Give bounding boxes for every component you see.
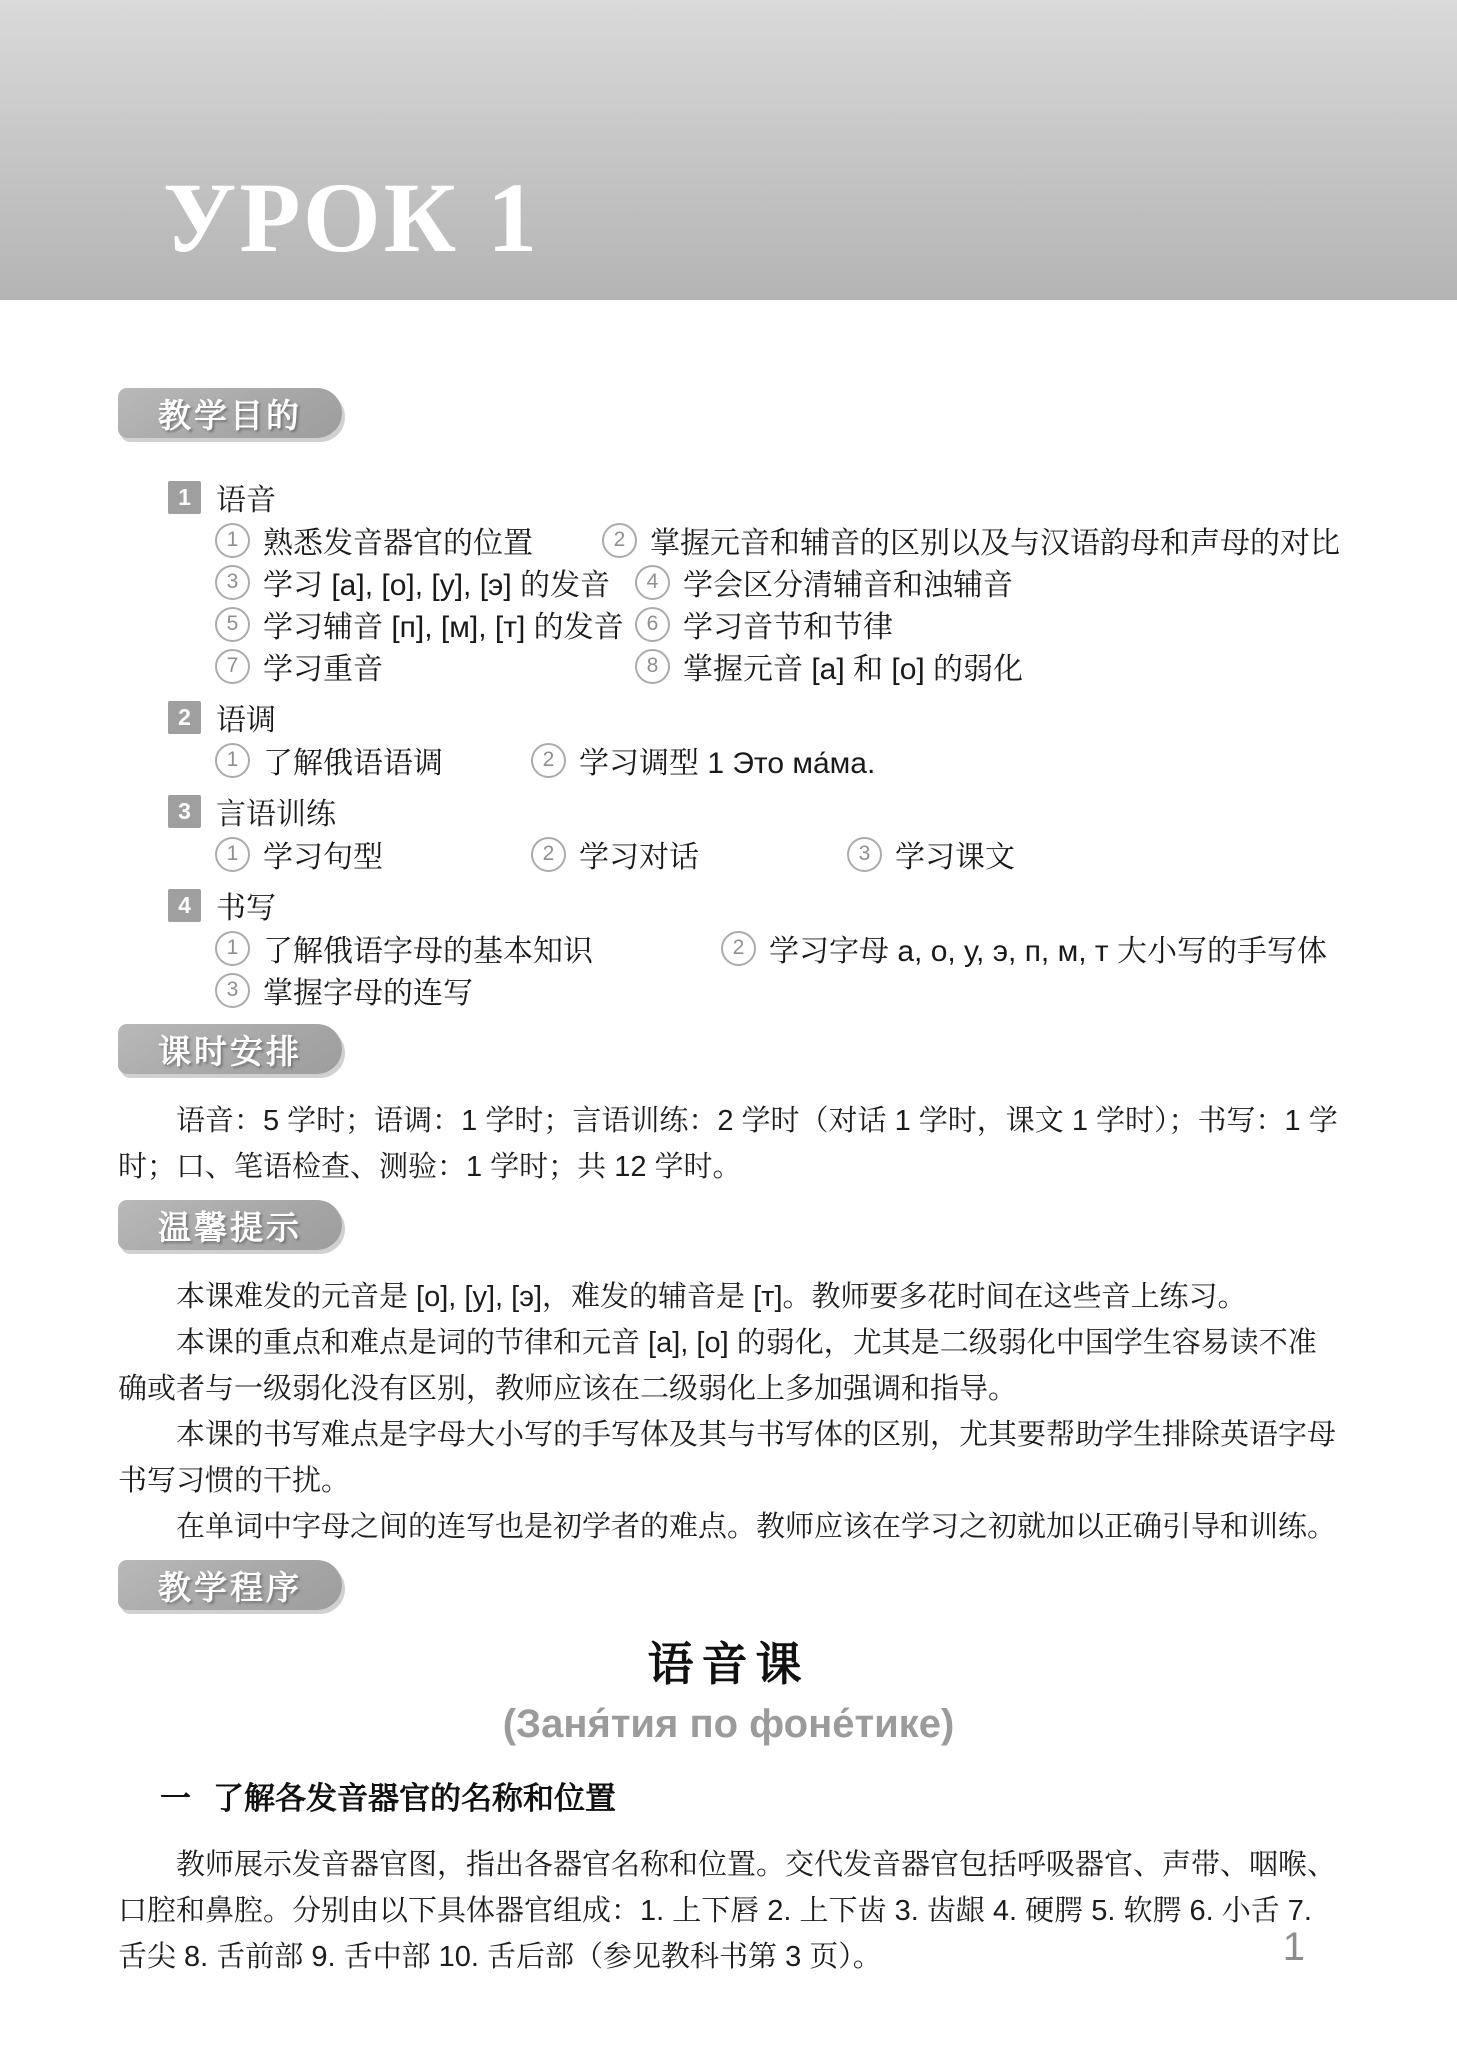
circled-number: 4 bbox=[635, 565, 670, 600]
goal-item: 7 学习重音 bbox=[215, 644, 635, 688]
circled-number: 6 bbox=[635, 607, 670, 642]
goal-item: 5 学习辅音 [п], [м], [т] 的发音 bbox=[215, 602, 635, 646]
schedule-section: 语音：5 学时；语调：1 学时；言语训练：2 学时（对话 1 学时，课文 1 学… bbox=[118, 1098, 1340, 1190]
section-badge-objectives: 教学目的 bbox=[118, 388, 342, 438]
group-number-badge: 2 bbox=[168, 701, 201, 734]
section-badge-schedule: 课时安排 bbox=[118, 1024, 342, 1074]
procedure-section: 语音课 (Заня́тия по фоне́тике) 一 了解各发音器官的名称… bbox=[0, 1628, 1457, 1980]
circled-number: 1 bbox=[215, 523, 250, 558]
section-badge-schedule-label: 课时安排 bbox=[158, 1026, 302, 1073]
goal-item: 6 学习音节和节律 bbox=[635, 602, 893, 646]
section-badge-tips-label: 温馨提示 bbox=[158, 1202, 302, 1249]
objective-group-writing: 4 书写 1 了解俄语字母的基本知识 2 学习字母 а, о, у, э, п,… bbox=[118, 884, 1340, 1010]
procedure-paragraph: 教师展示发音器官图，指出各器官名称和位置。交代发音器官包括呼吸器官、声带、咽喉、… bbox=[118, 1842, 1340, 1980]
page-number: 1 bbox=[1283, 1925, 1305, 1970]
group-heading: 3 言语训练 bbox=[118, 790, 1340, 832]
group-heading: 2 语调 bbox=[118, 696, 1340, 738]
goal-item: 1 学习句型 bbox=[215, 832, 531, 876]
goal-item: 4 学会区分清辅音和浊辅音 bbox=[635, 560, 1013, 604]
tips-paragraph: 本课的重点和难点是词的节律和元音 [а], [о] 的弱化，尤其是二级弱化中国学… bbox=[118, 1320, 1340, 1412]
objective-group-phonetics: 1 语音 1 熟悉发音器官的位置 2 掌握元音和辅音的区别以及与汉语韵母和声母的… bbox=[118, 476, 1340, 686]
circled-number: 3 bbox=[847, 837, 882, 872]
goal-text: 掌握元音和辅音的区别以及与汉语韵母和声母的对比 bbox=[650, 518, 1340, 562]
circled-number: 7 bbox=[215, 649, 250, 684]
circled-number: 2 bbox=[721, 931, 756, 966]
goal-text: 学会区分清辅音和浊辅音 bbox=[683, 560, 1013, 604]
procedure-step-heading: 一 了解各发音器官的名称和位置 bbox=[160, 1773, 1340, 1818]
goal-text: 掌握元音 [а] 和 [о] 的弱化 bbox=[683, 644, 1023, 688]
goal-text: 学习调型 1 Это ма́ма. bbox=[579, 738, 875, 782]
circled-number: 2 bbox=[531, 837, 566, 872]
lesson-banner: УРОК 1 bbox=[0, 0, 1457, 300]
goal-item: 3 学习 [а], [о], [у], [э] 的发音 bbox=[215, 560, 635, 604]
section-badge-procedure-label: 教学程序 bbox=[158, 1562, 302, 1609]
circled-number: 2 bbox=[531, 743, 566, 778]
section-badge-procedure: 教学程序 bbox=[118, 1560, 342, 1610]
phonetics-class-title: 语音课 bbox=[0, 1628, 1457, 1694]
goal-row: 1 了解俄语语调 2 学习调型 1 Это ма́ма. bbox=[118, 738, 1340, 780]
group-number-badge: 4 bbox=[168, 889, 201, 922]
objective-group-speech-training: 3 言语训练 1 学习句型 2 学习对话 3 学习课文 bbox=[118, 790, 1340, 874]
group-title: 言语训练 bbox=[216, 789, 336, 833]
goal-row: 1 熟悉发音器官的位置 2 掌握元音和辅音的区别以及与汉语韵母和声母的对比 bbox=[118, 518, 1340, 560]
objective-group-intonation: 2 语调 1 了解俄语语调 2 学习调型 1 Это ма́ма. bbox=[118, 696, 1340, 780]
goal-row: 3 掌握字母的连写 bbox=[118, 968, 1340, 1010]
goal-row: 7 学习重音 8 掌握元音 [а] 和 [о] 的弱化 bbox=[118, 644, 1340, 686]
section-badge-objectives-label: 教学目的 bbox=[158, 390, 302, 437]
tips-paragraph: 本课难发的元音是 [о], [у], [э]，难发的辅音是 [т]。教师要多花时… bbox=[118, 1274, 1340, 1320]
goal-text: 学习句型 bbox=[263, 832, 383, 876]
goal-item: 2 掌握元音和辅音的区别以及与汉语韵母和声母的对比 bbox=[602, 518, 1340, 562]
procedure-body: 教师展示发音器官图，指出各器官名称和位置。交代发音器官包括呼吸器官、声带、咽喉、… bbox=[118, 1842, 1340, 1980]
goal-row: 1 学习句型 2 学习对话 3 学习课文 bbox=[118, 832, 1340, 874]
step-title: 了解各发音器官的名称和位置 bbox=[213, 1773, 616, 1818]
group-title: 语音 bbox=[216, 475, 276, 519]
goal-text: 学习对话 bbox=[579, 832, 699, 876]
circled-number: 5 bbox=[215, 607, 250, 642]
goal-text: 熟悉发音器官的位置 bbox=[263, 518, 533, 562]
goal-item: 1 了解俄语语调 bbox=[215, 738, 531, 782]
goal-text: 学习课文 bbox=[895, 832, 1015, 876]
goal-text: 学习辅音 [п], [м], [т] 的发音 bbox=[263, 602, 624, 646]
group-number-badge: 1 bbox=[168, 481, 201, 514]
circled-number: 3 bbox=[215, 973, 250, 1008]
tips-paragraph: 在单词中字母之间的连写也是初学者的难点。教师应该在学习之初就加以正确引导和训练。 bbox=[118, 1504, 1340, 1550]
section-badge-tips: 温馨提示 bbox=[118, 1200, 342, 1250]
circled-number: 1 bbox=[215, 931, 250, 966]
circled-number: 1 bbox=[215, 837, 250, 872]
goal-row: 1 了解俄语字母的基本知识 2 学习字母 а, о, у, э, п, м, т… bbox=[118, 926, 1340, 968]
goal-item: 8 掌握元音 [а] 和 [о] 的弱化 bbox=[635, 644, 1023, 688]
group-heading: 4 书写 bbox=[118, 884, 1340, 926]
circled-number: 1 bbox=[215, 743, 250, 778]
goal-item: 2 学习对话 bbox=[531, 832, 847, 876]
step-number: 一 bbox=[160, 1773, 191, 1818]
phonetics-class-subtitle-russian: (Заня́тия по фоне́тике) bbox=[0, 1702, 1457, 1747]
group-title: 书写 bbox=[216, 883, 276, 927]
goal-item: 2 学习调型 1 Это ма́ма. bbox=[531, 738, 875, 782]
circled-number: 3 bbox=[215, 565, 250, 600]
lesson-title: УРОК 1 bbox=[0, 0, 1457, 268]
goal-row: 5 学习辅音 [п], [м], [т] 的发音 6 学习音节和节律 bbox=[118, 602, 1340, 644]
textbook-page: УРОК 1 教学目的 1 语音 1 熟悉发音器官的位置 2 掌握元音和辅音的区… bbox=[0, 0, 1457, 2048]
goal-text: 学习音节和节律 bbox=[683, 602, 893, 646]
goal-row: 3 学习 [а], [о], [у], [э] 的发音 4 学会区分清辅音和浊辅… bbox=[118, 560, 1340, 602]
goal-text: 了解俄语字母的基本知识 bbox=[263, 926, 593, 970]
goal-text: 学习字母 а, о, у, э, п, м, т 大小写的手写体 bbox=[769, 926, 1327, 970]
group-title: 语调 bbox=[216, 695, 276, 739]
goal-text: 学习重音 bbox=[263, 644, 383, 688]
goal-text: 掌握字母的连写 bbox=[263, 968, 473, 1012]
group-number-badge: 3 bbox=[168, 795, 201, 828]
schedule-paragraph: 语音：5 学时；语调：1 学时；言语训练：2 学时（对话 1 学时，课文 1 学… bbox=[118, 1098, 1340, 1190]
circled-number: 8 bbox=[635, 649, 670, 684]
circled-number: 2 bbox=[602, 523, 637, 558]
goal-item: 3 学习课文 bbox=[847, 832, 1015, 876]
goal-item: 1 熟悉发音器官的位置 bbox=[215, 518, 602, 562]
goal-item: 1 了解俄语字母的基本知识 bbox=[215, 926, 721, 970]
tips-paragraph: 本课的书写难点是字母大小写的手写体及其与书写体的区别，尤其要帮助学生排除英语字母… bbox=[118, 1412, 1340, 1504]
objectives-section: 1 语音 1 熟悉发音器官的位置 2 掌握元音和辅音的区别以及与汉语韵母和声母的… bbox=[118, 476, 1340, 1010]
goal-text: 学习 [а], [о], [у], [э] 的发音 bbox=[263, 560, 610, 604]
group-heading: 1 语音 bbox=[118, 476, 1340, 518]
goal-text: 了解俄语语调 bbox=[263, 738, 443, 782]
tips-section: 本课难发的元音是 [о], [у], [э]，难发的辅音是 [т]。教师要多花时… bbox=[118, 1274, 1340, 1550]
goal-item: 2 学习字母 а, о, у, э, п, м, т 大小写的手写体 bbox=[721, 926, 1327, 970]
goal-item: 3 掌握字母的连写 bbox=[215, 968, 721, 1012]
